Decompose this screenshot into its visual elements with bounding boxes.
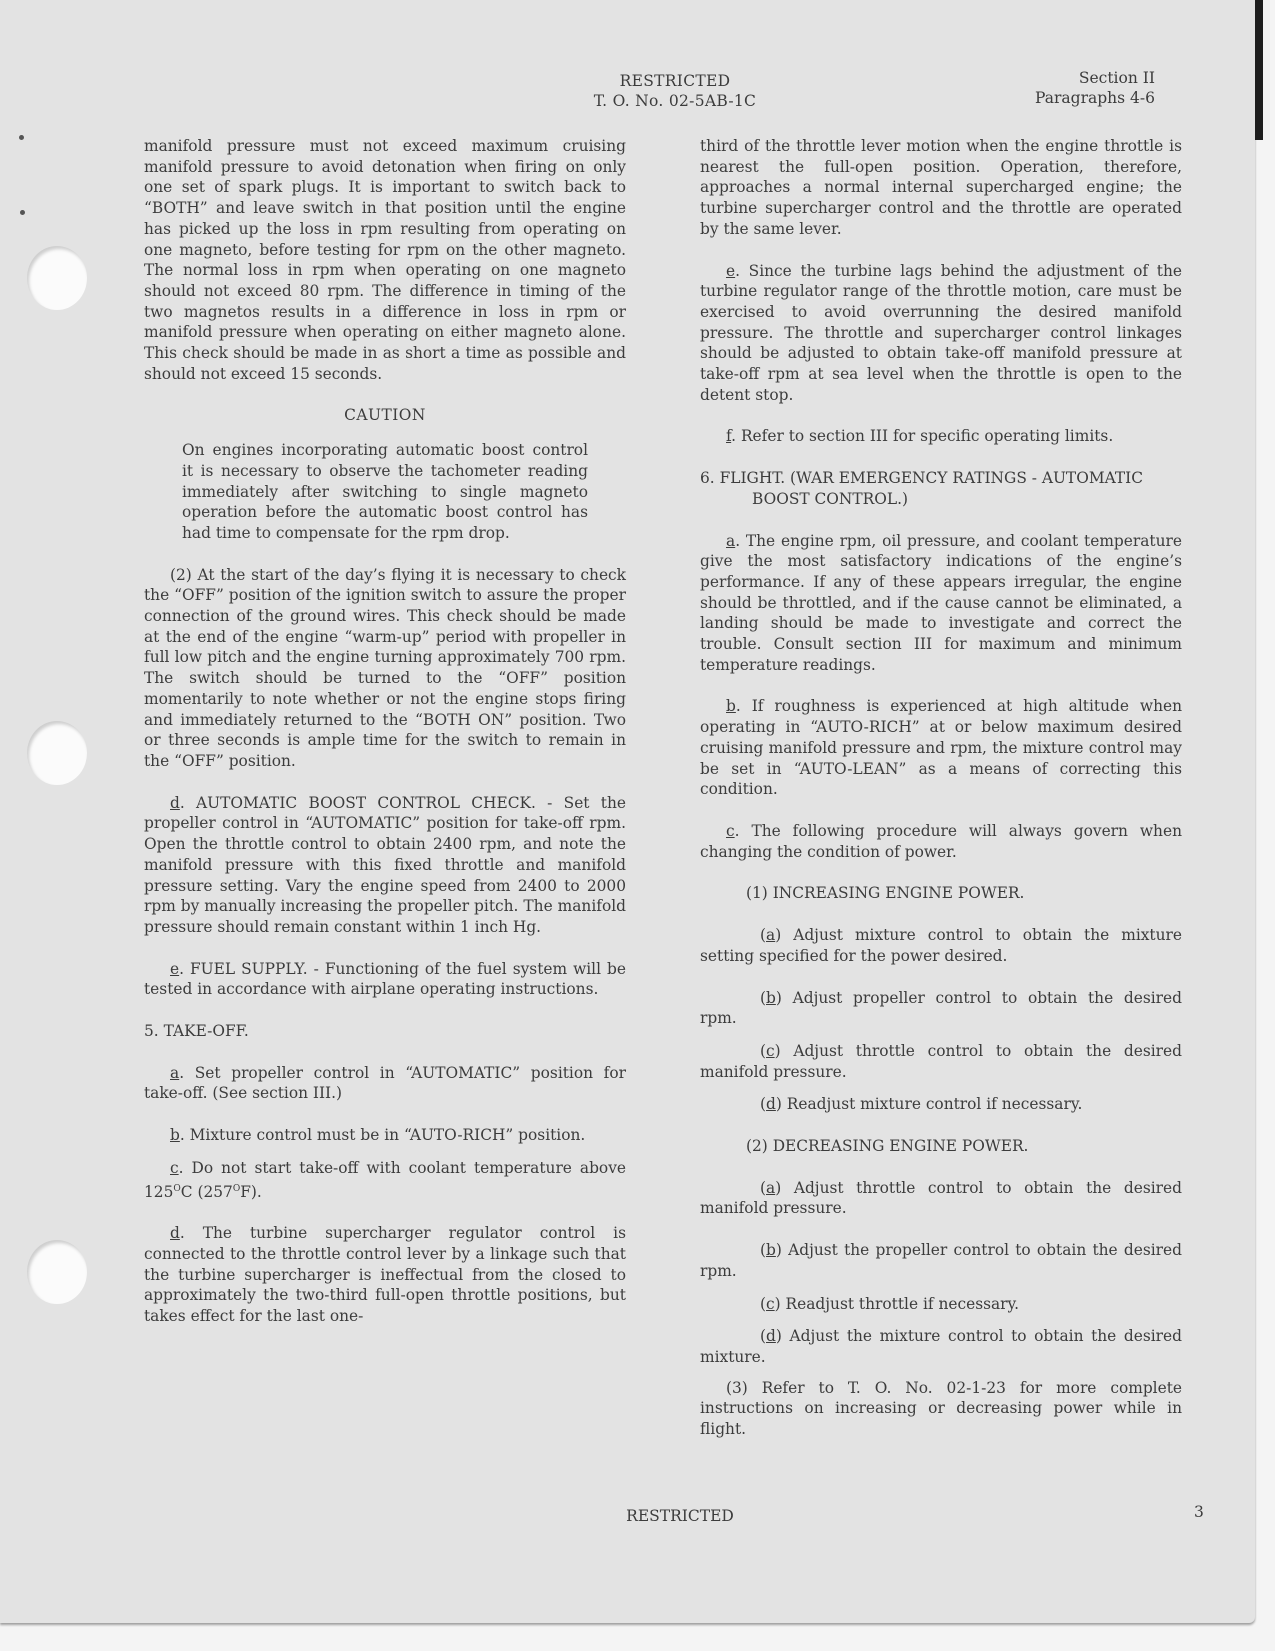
right-column: third of the throttle lever motion when … [700, 136, 1182, 1461]
header-doc-number: T. O. No. 02-5AB-1C [540, 91, 810, 111]
paragraph-boost-control-check: d. AUTOMATIC BOOST CONTROL CHECK. - Set … [144, 793, 626, 938]
paragraph-takeoff-f: f. Refer to section III for specific ope… [700, 426, 1182, 447]
increasing-step-b: (b) Adjust propeller control to obtain t… [700, 988, 1182, 1029]
speck-mark [20, 210, 25, 215]
decreasing-step-c: (c) Readjust throttle if necessary. [700, 1294, 1182, 1315]
increasing-step-d: (d) Readjust mixture control if necessar… [700, 1094, 1182, 1115]
item-text: C (257 [181, 1183, 233, 1201]
item-text: . If roughness is experienced at high al… [700, 697, 1182, 798]
increasing-step-a: (a) Adjust mixture control to obtain the… [700, 925, 1182, 966]
step-label: a [766, 926, 775, 944]
item-label: d [170, 1224, 180, 1242]
page-number: 3 [1194, 1503, 1204, 1521]
item-text: . The turbine supercharger regulator con… [144, 1224, 626, 1325]
item-text: . Mixture control must be in “AUTO-RICH”… [180, 1126, 585, 1144]
paragraph-takeoff-c: c. Do not start take-off with coolant te… [144, 1158, 626, 1203]
paragraph-takeoff-d: d. The turbine supercharger regulator co… [144, 1223, 626, 1327]
item-label: a [170, 1064, 179, 1082]
item-label: c [170, 1159, 179, 1177]
decreasing-step-d: (d) Adjust the mixture control to obtain… [700, 1326, 1182, 1367]
left-column: manifold pressure must not exceed maximu… [144, 136, 626, 1348]
header-classification: RESTRICTED [540, 71, 810, 91]
step-label: c [766, 1295, 775, 1313]
item-text: . The following procedure will always go… [700, 822, 1182, 861]
item-label: d [170, 794, 180, 812]
paragraph-magneto-check: manifold pressure must not exceed maximu… [144, 136, 626, 384]
punch-hole [27, 721, 87, 785]
header-paragraphs: Paragraphs 4-6 [935, 88, 1155, 108]
paragraph-takeoff-a: a. Set propeller control in “AUTOMATIC” … [144, 1063, 626, 1104]
step-label: d [766, 1327, 776, 1345]
subheading-increasing-power: (1) INCREASING ENGINE POWER. [700, 883, 1182, 904]
step-label: d [766, 1095, 776, 1113]
paragraph-flight-a: a. The engine rpm, oil pressure, and coo… [700, 531, 1182, 676]
increasing-step-c: (c) Adjust throttle control to obtain th… [700, 1041, 1182, 1082]
speck-mark [19, 135, 24, 140]
section-heading-takeoff: 5. TAKE-OFF. [144, 1021, 626, 1042]
item-text: . The engine rpm, oil pressure, and cool… [700, 532, 1182, 674]
binding-edge [1255, 0, 1263, 140]
step-label: b [766, 989, 776, 1007]
caution-body: On engines incorporating automatic boost… [182, 440, 588, 544]
item-label: e [170, 960, 179, 978]
item-label: b [726, 697, 736, 715]
punch-hole [27, 1240, 87, 1304]
header-section: Section II [935, 68, 1155, 88]
paragraph-power-reference: (3) Refer to T. O. No. 02-1-23 for more … [700, 1378, 1182, 1440]
item-label: (2) [170, 566, 192, 584]
document-page: RESTRICTED T. O. No. 02-5AB-1C Section I… [0, 0, 1255, 1623]
item-label: c [726, 822, 735, 840]
item-text: . Since the turbine lags behind the adju… [700, 262, 1182, 404]
step-label: c [766, 1042, 775, 1060]
punch-hole [27, 246, 87, 310]
item-text: . Set propeller control in “AUTOMATIC” p… [144, 1064, 626, 1103]
paragraph-takeoff-d-continued: third of the throttle lever motion when … [700, 136, 1182, 240]
decreasing-step-a: (a) Adjust throttle control to obtain th… [700, 1178, 1182, 1219]
item-text: . AUTOMATIC BOOST CONTROL CHECK. - Set t… [144, 794, 626, 936]
section-heading-flight: 6. FLIGHT. (WAR EMERGENCY RATINGS - AUTO… [700, 468, 1182, 509]
decreasing-step-b: (b) Adjust the propeller control to obta… [700, 1240, 1182, 1281]
step-label: b [766, 1241, 776, 1259]
degree-mark: O [173, 1184, 180, 1194]
item-text: . FUEL SUPPLY. - Functioning of the fuel… [144, 960, 626, 999]
header-right: Section II Paragraphs 4-6 [935, 68, 1155, 108]
caution-title: CAUTION [144, 405, 626, 426]
item-text: At the start of the day’s flying it is n… [144, 566, 626, 770]
step-text: Readjust throttle if necessary. [786, 1295, 1020, 1313]
paragraph-flight-c: c. The following procedure will always g… [700, 821, 1182, 862]
step-label: a [766, 1179, 775, 1197]
item-label: a [726, 532, 735, 550]
paragraph-takeoff-b: b. Mixture control must be in “AUTO-RICH… [144, 1125, 626, 1146]
step-text: Readjust mixture control if necessary. [787, 1095, 1083, 1113]
item-text: . Refer to section III for specific oper… [731, 427, 1113, 445]
item-label: e [726, 262, 735, 280]
item-label: b [170, 1126, 180, 1144]
paragraph-takeoff-e: e. Since the turbine lags behind the adj… [700, 261, 1182, 406]
paragraph-ignition-off-check: (2) At the start of the day’s flying it … [144, 565, 626, 772]
item-text: F). [240, 1183, 262, 1201]
footer-classification: RESTRICTED [560, 1507, 800, 1525]
subheading-decreasing-power: (2) DECREASING ENGINE POWER. [700, 1136, 1182, 1157]
paragraph-fuel-supply: e. FUEL SUPPLY. - Functioning of the fue… [144, 959, 626, 1000]
header-center: RESTRICTED T. O. No. 02-5AB-1C [540, 71, 810, 111]
paragraph-flight-b: b. If roughness is experienced at high a… [700, 696, 1182, 800]
